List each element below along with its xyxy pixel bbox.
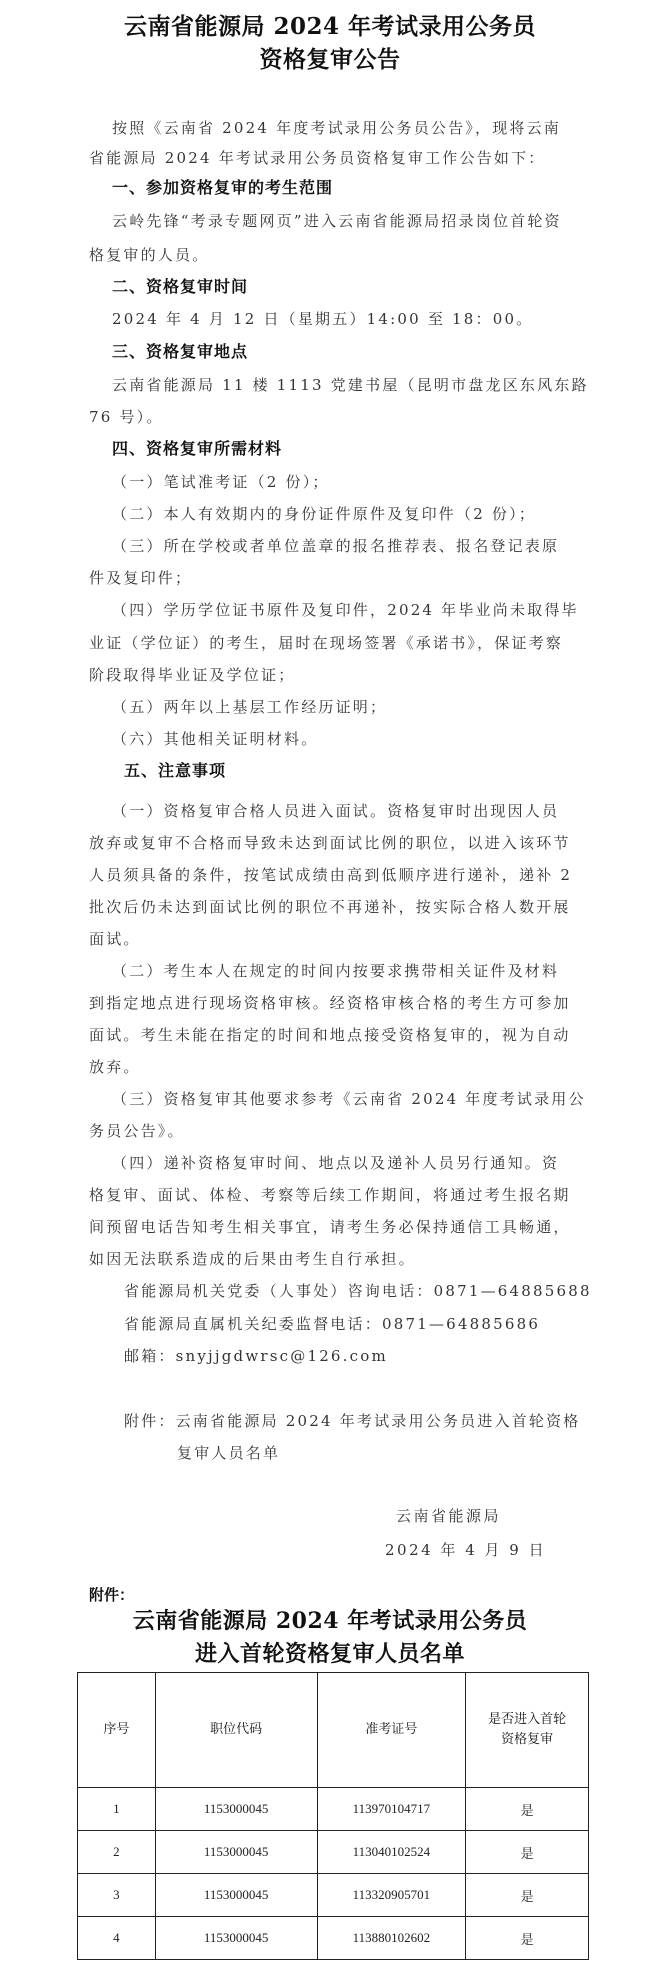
section-1-line: 云岭先锋“考录专题网页”进入云南省能源局招录岗位首轮资 <box>112 210 604 232</box>
section-5-line: 格复审、面试、体检、考察等后续工作期间，将通过考生报名期 <box>89 1184 581 1206</box>
cell-position-code: 1153000045 <box>155 1917 317 1960</box>
section-5-line: 间预留电话告知考生相关事宜，请考生务必保持通信工具畅通， <box>89 1216 581 1238</box>
section-5-line: 批次后仍未达到面试比例的职位不再递补，按实际合格人数开展 <box>89 896 581 918</box>
header-qualified-line2: 资格复审 <box>466 1730 588 1750</box>
header-no: 序号 <box>78 1673 156 1788</box>
cell-no: 4 <box>78 1917 156 1960</box>
signature-date: 2024 年 4 月 9 日 <box>385 1539 546 1561</box>
roster-table: 序号 职位代码 准考证号 是否进入首轮 资格复审 1 1153000045 11… <box>77 1672 589 1960</box>
section-5-line: 面试。考生未能在指定的时间和地点接受资格复审的，视为自动 <box>89 1024 581 1046</box>
section-4-line: 阶段取得毕业证及学位证； <box>89 664 581 686</box>
cell-no: 3 <box>78 1874 156 1917</box>
signature-org: 云南省能源局 <box>396 1505 501 1527</box>
section-3-line: 云南省能源局 11 楼 1113 党建书屋（昆明市盘龙区东风东路 <box>112 374 604 396</box>
section-5-heading: 五、注意事项 <box>124 760 226 782</box>
section-4-line: （三）所在学校或者单位盖章的报名推荐表、报名登记表原 <box>112 535 604 557</box>
section-5-line: 人员须具备的条件，按笔试成绩由高到低顺序进行递补，递补 2 <box>89 864 581 886</box>
cell-qualified: 是 <box>466 1788 589 1831</box>
table-row: 4 1153000045 113880102602 是 <box>78 1917 589 1960</box>
cell-qualified: 是 <box>466 1874 589 1917</box>
section-5-line: 务员公告》。 <box>89 1120 581 1142</box>
attachment-note-line2: 复审人员名单 <box>177 1442 660 1464</box>
cell-exam-id: 113040102524 <box>317 1831 466 1874</box>
table-header-row: 序号 职位代码 准考证号 是否进入首轮 资格复审 <box>78 1673 589 1788</box>
section-4-line: （五）两年以上基层工作经历证明； <box>112 696 604 718</box>
section-5-line: 放弃或复审不合格而导致未达到面试比例的职位，以进入该环节 <box>89 832 581 854</box>
cell-no: 2 <box>78 1831 156 1874</box>
section-3-heading: 三、资格复审地点 <box>112 341 248 363</box>
section-5-line: 如因无法联系造成的后果由考生自行承担。 <box>89 1248 581 1270</box>
cell-position-code: 1153000045 <box>155 1788 317 1831</box>
header-exam-id: 准考证号 <box>317 1673 466 1788</box>
hr-phone: 省能源局机关党委（人事处）咨询电话：0871—64885688 <box>124 1280 616 1302</box>
section-4-line: 件及复印件； <box>89 567 581 589</box>
table-row: 3 1153000045 113320905701 是 <box>78 1874 589 1917</box>
header-qualified-line1: 是否进入首轮 <box>466 1710 588 1730</box>
cell-position-code: 1153000045 <box>155 1831 317 1874</box>
cell-no: 1 <box>78 1788 156 1831</box>
attachment-note-line1: 附件：云南省能源局 2024 年考试录用公务员进入首轮资格 <box>124 1410 616 1432</box>
section-5-line: （三）资格复审其他要求参考《云南省 2024 年度考试录用公 <box>112 1088 604 1110</box>
section-5-line: 面试。 <box>89 928 581 950</box>
document-title-line1: 云南省能源局 2024 年考试录用公务员 <box>0 10 660 43</box>
document-title-line2: 资格复审公告 <box>0 43 660 76</box>
section-5-line: （二）考生本人在规定的时间内按要求携带相关证件及材料 <box>112 960 604 982</box>
table-row: 2 1153000045 113040102524 是 <box>78 1831 589 1874</box>
section-4-line: （一）笔试准考证（2 份）； <box>112 471 604 493</box>
section-1-heading: 一、参加资格复审的考生范围 <box>112 177 333 199</box>
discipline-phone: 省能源局直属机关纪委监督电话：0871—64885686 <box>124 1313 616 1335</box>
section-1-line: 格复审的人员。 <box>89 244 581 266</box>
section-3-line: 76 号）。 <box>89 406 581 428</box>
section-5-line: 放弃。 <box>89 1056 581 1078</box>
section-4-line: （二）本人有效期内的身份证件原件及复印件（2 份）； <box>112 503 604 525</box>
section-5-line: 到指定地点进行现场资格审核。经资格审核合格的考生方可参加 <box>89 992 581 1014</box>
section-4-heading: 四、资格复审所需材料 <box>112 438 282 460</box>
attachment-title-line2: 进入首轮资格复审人员名单 <box>0 1638 660 1671</box>
header-qualified: 是否进入首轮 资格复审 <box>466 1673 589 1788</box>
section-5-line: （一）资格复审合格人员进入面试。资格复审时出现因人员 <box>112 800 604 822</box>
attachment-title-line1: 云南省能源局 2024 年考试录用公务员 <box>0 1605 660 1638</box>
header-position-code: 职位代码 <box>155 1673 317 1788</box>
intro-line-2: 省能源局 2024 年考试录用公务员资格复审工作公告如下： <box>89 147 581 169</box>
section-2-heading: 二、资格复审时间 <box>112 276 248 298</box>
section-4-line: 业证（学位证）的考生，届时在现场签署《承诺书》，保证考察 <box>89 632 581 654</box>
cell-exam-id: 113970104717 <box>317 1788 466 1831</box>
cell-qualified: 是 <box>466 1831 589 1874</box>
intro-line-1: 按照《云南省 2024 年度考试录用公务员公告》，现将云南 <box>112 117 604 139</box>
contact-email[interactable]: 邮箱：snyjjgdwrsc@126.com <box>124 1345 616 1367</box>
cell-position-code: 1153000045 <box>155 1874 317 1917</box>
section-4-line: （六）其他相关证明材料。 <box>112 728 604 750</box>
cell-exam-id: 113880102602 <box>317 1917 466 1960</box>
section-4-line: （四）学历学位证书原件及复印件，2024 年毕业尚未取得毕 <box>112 599 604 621</box>
cell-exam-id: 113320905701 <box>317 1874 466 1917</box>
cell-qualified: 是 <box>466 1917 589 1960</box>
section-5-line: （四）递补资格复审时间、地点以及递补人员另行通知。资 <box>112 1152 604 1174</box>
attachment-label: 附件： <box>89 1584 134 1605</box>
table-row: 1 1153000045 113970104717 是 <box>78 1788 589 1831</box>
section-2-line: 2024 年 4 月 12 日（星期五）14:00 至 18：00。 <box>112 308 604 330</box>
